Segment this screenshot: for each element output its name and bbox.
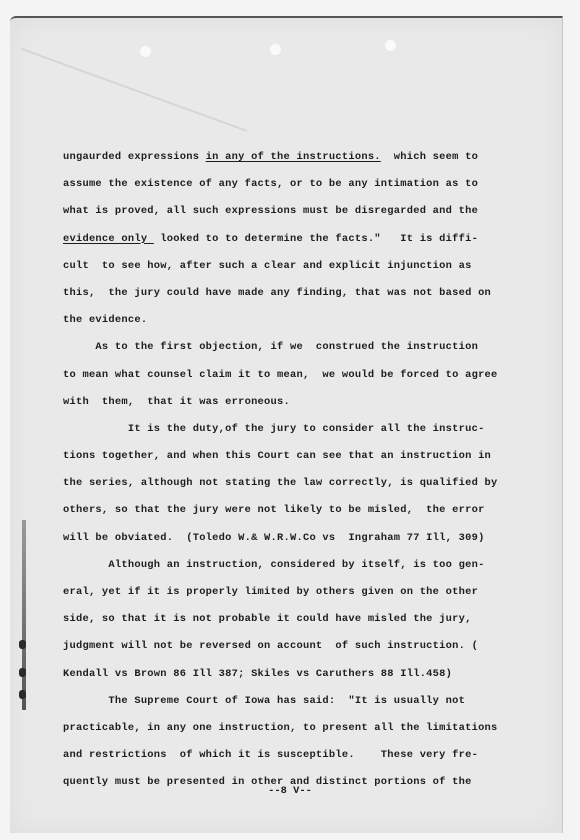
text-line: eral, yet if it is properly limited by o…: [63, 582, 533, 609]
text-line: side, so that it is not probable it coul…: [63, 609, 533, 636]
document-body-text: ungaurded expressions in any of the inst…: [63, 147, 533, 800]
text-line: The Supreme Court of Iowa has said: "It …: [63, 691, 533, 718]
text-span: practicable, in any one instruction, to …: [63, 722, 498, 734]
text-line: the series, although not stating the law…: [63, 473, 533, 500]
text-span: what is proved, all such expressions mus…: [63, 205, 478, 217]
text-line: tions together, and when this Court can …: [63, 446, 533, 473]
text-line: will be obviated. (Toledo W.& W.R.W.Co v…: [63, 528, 533, 555]
binding-mark: [19, 640, 26, 649]
text-line: practicable, in any one instruction, to …: [63, 718, 533, 745]
text-span: cult to see how, after such a clear and …: [63, 260, 472, 272]
text-span: As to the first objection, if we constru…: [63, 341, 478, 353]
text-span: Kendall vs Brown 86 Ill 387; Skiles vs C…: [63, 668, 452, 680]
binding-mark: [19, 690, 26, 699]
text-line: this, the jury could have made any findi…: [63, 283, 533, 310]
text-line: Although an instruction, considered by i…: [63, 555, 533, 582]
text-line: It is the duty,of the jury to consider a…: [63, 419, 533, 446]
text-span: others, so that the jury were not likely…: [63, 504, 485, 516]
text-span: side, so that it is not probable it coul…: [63, 613, 472, 625]
punch-hole: [270, 44, 281, 55]
text-line: evidence only looked to to determine the…: [63, 229, 533, 256]
underlined-text: evidence only: [63, 233, 154, 245]
text-span: assume the existence of any facts, or to…: [63, 178, 478, 190]
text-span: judgment will not be reversed on account…: [63, 640, 478, 652]
text-line: others, so that the jury were not likely…: [63, 500, 533, 527]
text-span: ungaurded expressions: [63, 151, 206, 163]
text-line: cult to see how, after such a clear and …: [63, 256, 533, 283]
text-span: Although an instruction, considered by i…: [63, 559, 485, 571]
text-span: looked to to determine the facts." It is…: [154, 233, 478, 245]
text-line: As to the first objection, if we constru…: [63, 337, 533, 364]
text-span: the series, although not stating the law…: [63, 477, 498, 489]
text-line: with them, that it was erroneous.: [63, 392, 533, 419]
text-span: It is the duty,of the jury to consider a…: [63, 423, 485, 435]
binding-edge: [22, 520, 26, 710]
underlined-text: in any of the instructions.: [206, 151, 381, 163]
text-line: judgment will not be reversed on account…: [63, 636, 533, 663]
text-span: to mean what counsel claim it to mean, w…: [63, 369, 498, 381]
text-span: and restrictions of which it is suscepti…: [63, 749, 478, 761]
text-span: will be obviated. (Toledo W.& W.R.W.Co v…: [63, 532, 485, 544]
page-number: --8 V--: [0, 785, 580, 797]
paper-fold-crease: [21, 48, 247, 132]
text-line: ungaurded expressions in any of the inst…: [63, 147, 533, 174]
text-span: this, the jury could have made any findi…: [63, 287, 491, 299]
punch-hole: [385, 40, 396, 51]
text-span: which seem to: [381, 151, 478, 163]
binding-mark: [19, 668, 26, 677]
text-span: the evidence.: [63, 314, 147, 326]
text-line: and restrictions of which it is suscepti…: [63, 745, 533, 772]
text-line: Kendall vs Brown 86 Ill 387; Skiles vs C…: [63, 664, 533, 691]
text-line: to mean what counsel claim it to mean, w…: [63, 365, 533, 392]
text-span: with them, that it was erroneous.: [63, 396, 290, 408]
text-line: the evidence.: [63, 310, 533, 337]
punch-hole: [140, 46, 151, 57]
text-span: tions together, and when this Court can …: [63, 450, 491, 462]
text-span: eral, yet if it is properly limited by o…: [63, 586, 478, 598]
text-line: what is proved, all such expressions mus…: [63, 201, 533, 228]
text-span: The Supreme Court of Iowa has said: "It …: [63, 695, 465, 707]
text-line: assume the existence of any facts, or to…: [63, 174, 533, 201]
